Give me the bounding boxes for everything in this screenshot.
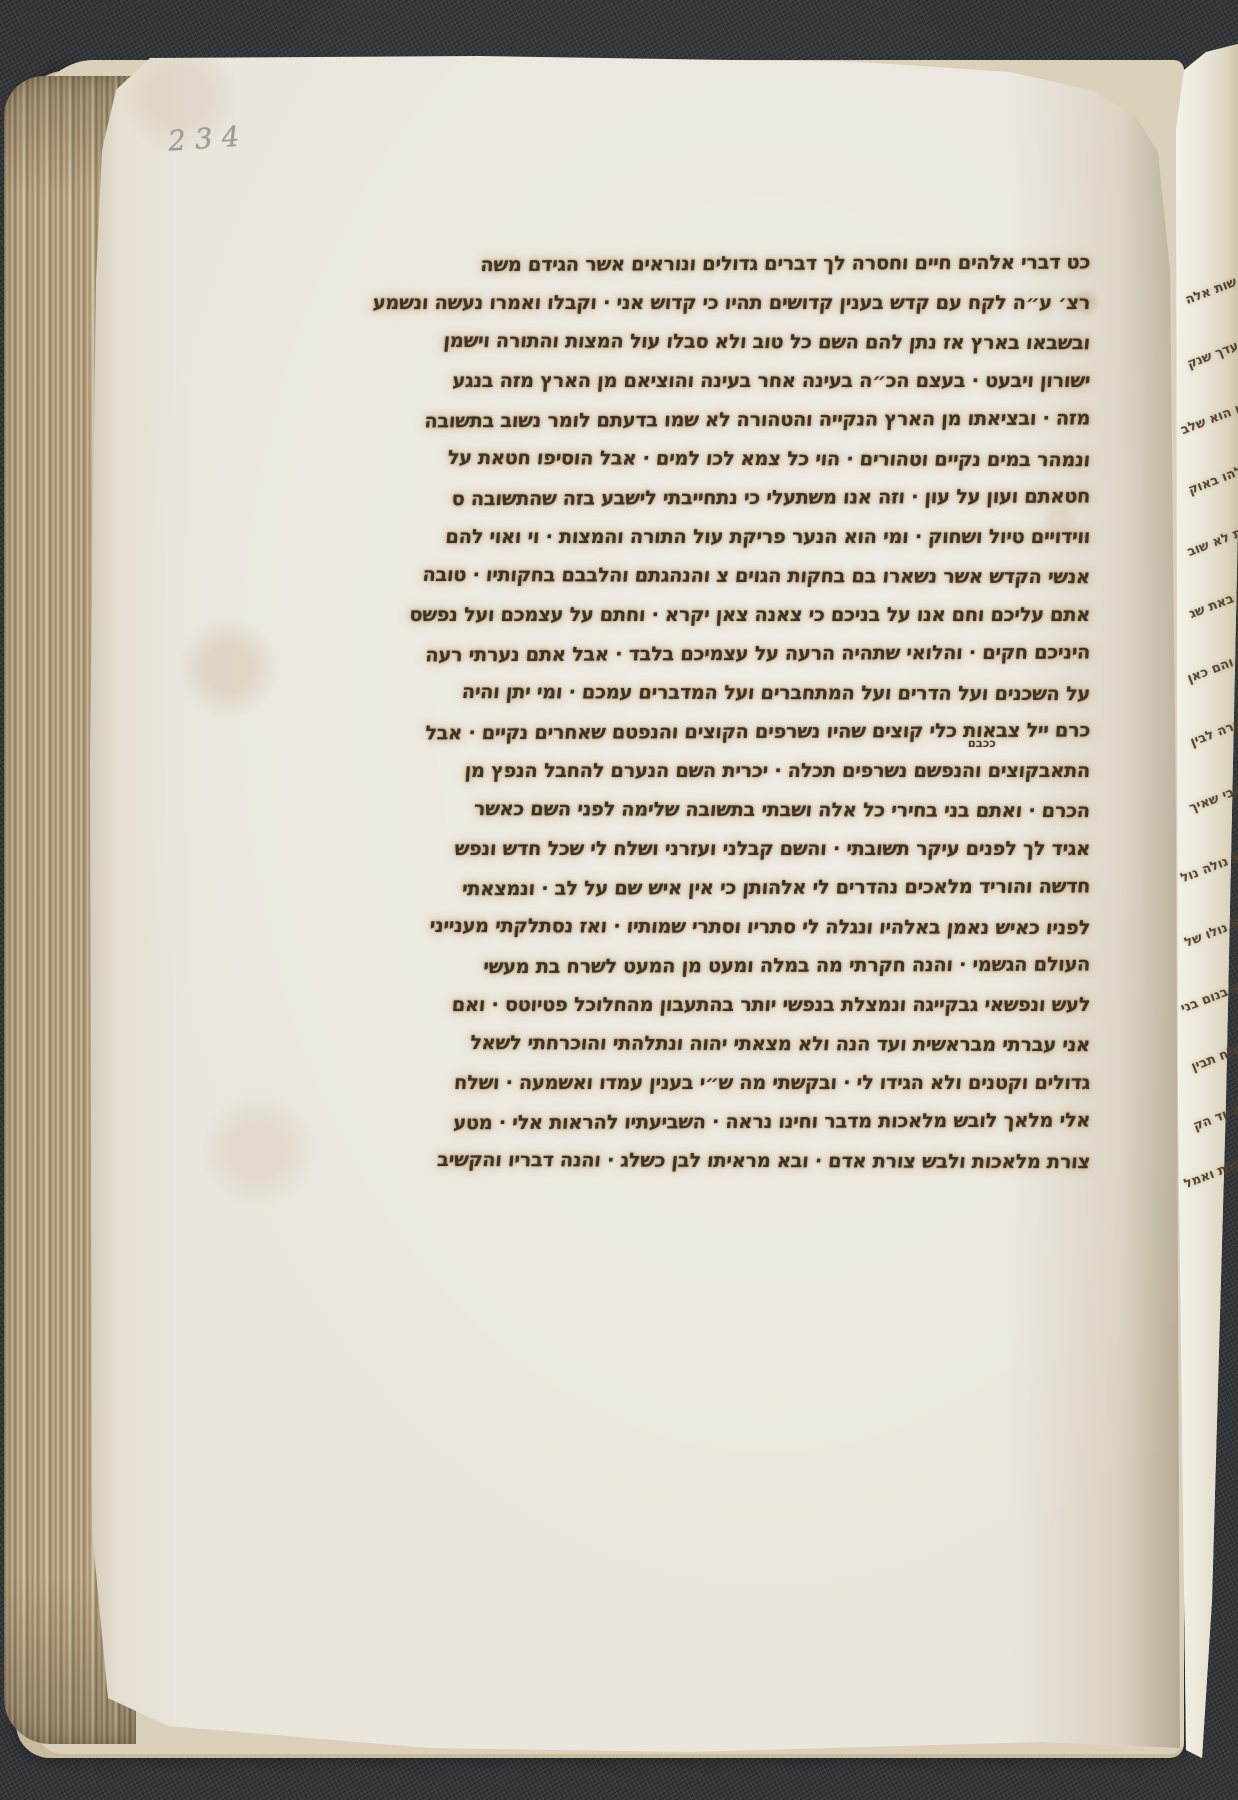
manuscript-line: חטאתם ועון על עון · וזה אנו משתעלי כי נת… xyxy=(387,476,1092,518)
manuscript-line: גדולים וקטנים ולא הגידו לי · ובקשתי מה ש… xyxy=(387,1063,1092,1102)
manuscript-line: אגיד לך לפנים עיקר תשובתי · והשם קבלני ו… xyxy=(387,829,1092,868)
manuscript-line: מזה · ובציאתו מן הארץ הנקייה והטהורה לא … xyxy=(387,398,1092,440)
manuscript-line: אלי מלאך לובש מלאכות מדבר וחינו נראה · ה… xyxy=(387,1100,1092,1142)
manuscript-line: על השכנים ועל הדרים ועל המתחברים ועל המד… xyxy=(386,672,1091,713)
manuscript-line: רצ׳ ע״ה לקח עם קדש בענין קדושים תהיו כי … xyxy=(387,283,1092,322)
manuscript-line: ישורון ויבעט · בעצם הכ״ה בעינה אחר בעינה… xyxy=(387,361,1092,400)
manuscript-line: ווידויים טיול ושחוק · ומי הוא הנער פריקת… xyxy=(387,517,1092,556)
manuscript-line: כט דברי אלהים חיים וחסרה לך דברים גדולים… xyxy=(387,242,1092,284)
manuscript-line-with-correction: התאבקוצים והנפשם נשרפים תכלה · יכרית השם… xyxy=(387,751,1092,790)
manuscript-text-block: כט דברי אלהים חיים וחסרה לך דברים גדולים… xyxy=(388,244,1090,1180)
manuscript-line: היניכם חקים · והלואי שתהיה הרעה על עצמיכ… xyxy=(387,632,1092,674)
manuscript-line: אנשי הקדש אשר נשארו בם בחקות הגוים צ והנ… xyxy=(386,555,1091,596)
manuscript-line: ונמהר במים נקיים וטהורים · הוי כל צמא לכ… xyxy=(386,438,1091,479)
manuscript-line: העולם הגשמי · והנה חקרתי מה במלה ומעט מן… xyxy=(387,944,1092,986)
manuscript-line: אני עברתי מבראשית ועד הנה ולא מצאתי יהוה… xyxy=(386,1023,1091,1064)
manuscript-line: הכרם · ואתם בני בחירי כל אלה ושבתי בתשוב… xyxy=(386,789,1091,830)
manuscript-line: חדשה והוריד מלאכים נהדרים לי אלהותן כי א… xyxy=(387,866,1092,908)
manuscript-line: לעש ונפשאי גבקייגה ונמצלת בנפשי יותר בהת… xyxy=(387,985,1092,1024)
interlinear-correction: ככבם xyxy=(967,736,996,750)
manuscript-line-text: התאבקוצים והנפשם נשרפים תכלה · יכרית השם… xyxy=(464,759,1091,782)
folio-number-pencil: 234 xyxy=(167,119,250,158)
manuscript-line: אתם עליכם וחם אנו על בניכם כי צאנה צאן י… xyxy=(387,595,1092,634)
manuscript-line: צורת מלאכות ולבש צורת אדם · ובא מראיתו ל… xyxy=(386,1140,1091,1181)
manuscript-line: ובשבאו בארץ אז נתן להם השם כל טוב ולא סב… xyxy=(386,321,1091,362)
manuscript-line: לפניו כאיש נאמן באלהיו ונגלה לי סתריו וס… xyxy=(386,906,1091,947)
